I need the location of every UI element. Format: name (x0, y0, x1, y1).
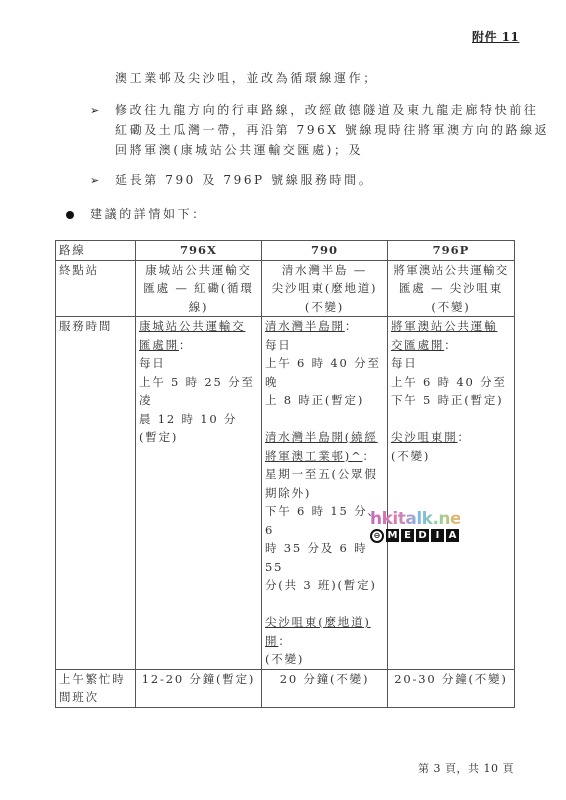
header-route-796X: 796X (136, 241, 262, 261)
colon: ： (345, 319, 358, 333)
origin-heading: 尖沙咀東(麼地道) (265, 615, 371, 629)
schedule-line: 時 35 分及 6 時 55 (265, 539, 384, 576)
table-header-row: 路線 796X 790 796P (56, 241, 515, 261)
media-logo-icon: ⊖ (370, 529, 384, 543)
header-label-route: 路線 (56, 241, 136, 261)
row-label-terminus: 終點站 (56, 260, 136, 317)
terminus-790-line: 清水灣半島 — (264, 261, 385, 280)
media-letter: I (431, 529, 444, 542)
arrow-item-1-line-3: 回將軍澳(康城站公共運輸交匯處)；及 (115, 140, 549, 160)
row-label-line: 間班次 (59, 688, 132, 707)
schedule-line: 星期一至五(公眾假 (265, 465, 384, 484)
table-row-terminus: 終點站 康城站公共運輸交 匯處 — 紅磡(循環 線) 清水灣半島 — 尖沙咀東(… (56, 260, 515, 317)
schedule-line: 上午 6 時 40 分至晚 (265, 354, 384, 391)
schedule-line: 上午 6 時 40 分至 (391, 373, 511, 392)
schedule-line: (暫定) (139, 428, 258, 447)
arrow-bullet-icon: ➢ (90, 104, 99, 117)
arrow-item-1: 修改往九龍方向的行車路線，改經啟德隧道及東九龍走廊特快前往 紅磡及土瓜灣一帶，再… (115, 100, 549, 160)
media-letter: D (416, 529, 429, 542)
terminus-796X-line: 線) (138, 298, 259, 317)
terminus-796P: 將軍澳站公共運輸交 匯處 — 尖沙咀東 (不變) (388, 260, 515, 317)
schedule-line: 每日 (391, 354, 511, 373)
origin-heading: 匯處開 (139, 338, 179, 352)
schedule-line: 每日 (139, 354, 258, 373)
header-route-796P: 796P (388, 241, 515, 261)
terminus-796X: 康城站公共運輸交 匯處 — 紅磡(循環 線) (136, 260, 262, 317)
table-row-service-hours: 服務時間 康城站公共運輸交 匯處開： 每日 上午 5 時 25 分至凌 晨 12… (56, 317, 515, 670)
terminus-790: 清水灣半島 — 尖沙咀東(麼地道) (不變) (262, 260, 388, 317)
terminus-790-line: (不變) (264, 298, 385, 317)
origin-heading: 康城站公共運輸交 (139, 319, 245, 333)
header-route-790: 790 (262, 241, 388, 261)
origin-heading: 清水灣半島開(繞經 (265, 430, 378, 444)
peak-frequency-790: 20 分鐘(不變) (262, 669, 388, 707)
watermark-media-bar: ⊖ M E D I A (370, 529, 460, 543)
service-hours-790: 清水灣半島開： 每日 上午 6 時 40 分至晚 上 8 時正(暫定) 清水灣半… (262, 317, 388, 670)
service-hours-796X: 康城站公共運輸交 匯處開： 每日 上午 5 時 25 分至凌 晨 12 時 10… (136, 317, 262, 670)
row-label-line: 上午繁忙時 (59, 670, 132, 689)
terminus-796P-line: 將軍澳站公共運輸交 (388, 261, 514, 280)
arrow-bullet-icon: ➢ (90, 174, 99, 187)
arrow-item-2: 延長第 790 及 796P 號線服務時間。 (115, 170, 373, 190)
schedule-line: (不變) (391, 447, 511, 466)
details-intro: 建議的詳情如下： (90, 204, 207, 224)
origin-heading: 交匯處開 (391, 338, 444, 352)
origin-heading: 尖沙咀東開 (391, 430, 458, 444)
schedule-line: 分(共 3 班)(暫定) (265, 576, 384, 595)
origin-heading: 開 (265, 634, 278, 648)
origin-heading: 將軍澳工業邨)^ (265, 449, 363, 463)
colon: ： (278, 634, 291, 648)
terminus-790-line: 尖沙咀東(麼地道) (264, 279, 385, 298)
media-letter: A (446, 529, 459, 542)
schedule-line: 下午 5 時正(暫定) (391, 391, 511, 410)
colon: ： (444, 338, 457, 352)
arrow-item-1-line-1: 修改往九龍方向的行車路線，改經啟德隧道及東九龍走廊特快前往 (115, 100, 549, 120)
media-letter: M (386, 529, 399, 542)
media-letter: E (401, 529, 414, 542)
origin-heading: 將軍澳站公共運輸 (391, 319, 497, 333)
hkitalk-watermark: hkitalk.net ⊖ M E D I A (370, 510, 460, 543)
colon: ： (458, 430, 471, 444)
page-number: 第 3 頁，共 10 頁 (418, 760, 514, 776)
terminus-796P-line: (不變) (388, 298, 514, 317)
arrow-item-1-line-2: 紅磡及土瓜灣一帶，再沿第 796X 號線現時往將軍澳方向的路線返 (115, 120, 549, 140)
schedule-line: 每日 (265, 336, 384, 355)
schedule-line: (不變) (265, 650, 384, 669)
watermark-text: hkitalk.net (370, 510, 460, 528)
schedule-line: 上午 5 時 25 分至凌 (139, 373, 258, 410)
service-hours-796P: 將軍澳站公共運輸 交匯處開： 每日 上午 6 時 40 分至 下午 5 時正(暫… (388, 317, 515, 670)
row-label-peak-frequency: 上午繁忙時 間班次 (56, 669, 136, 707)
origin-heading: 清水灣半島開 (265, 319, 345, 333)
colon: ： (363, 449, 376, 463)
peak-frequency-796X: 12-20 分鐘(暫定) (136, 669, 262, 707)
continuation-line: 澳工業邨及尖沙咀，並改為循環線運作； (115, 68, 378, 88)
annex-label: 附件 11 (472, 28, 519, 45)
terminus-796X-line: 匯處 — 紅磡(循環 (138, 279, 259, 298)
schedule-line: 期除外) (265, 484, 384, 503)
schedule-line: 晨 12 時 10 分 (139, 410, 258, 429)
schedule-line: 上 8 時正(暫定) (265, 391, 384, 410)
terminus-796X-line: 康城站公共運輸交 (138, 261, 259, 280)
row-label-service-hours: 服務時間 (56, 317, 136, 670)
route-details-table: 路線 796X 790 796P 終點站 康城站公共運輸交 匯處 — 紅磡(循環… (55, 240, 515, 708)
colon: ： (179, 338, 192, 352)
schedule-line: 下午 6 時 15 分、6 (265, 502, 384, 539)
peak-frequency-796P: 20-30 分鐘(不變) (388, 669, 515, 707)
terminus-796P-line: 匯處 — 尖沙咀東 (388, 279, 514, 298)
bullet-dot-icon (66, 211, 74, 219)
table-row-peak-frequency: 上午繁忙時 間班次 12-20 分鐘(暫定) 20 分鐘(不變) 20-30 分… (56, 669, 515, 707)
